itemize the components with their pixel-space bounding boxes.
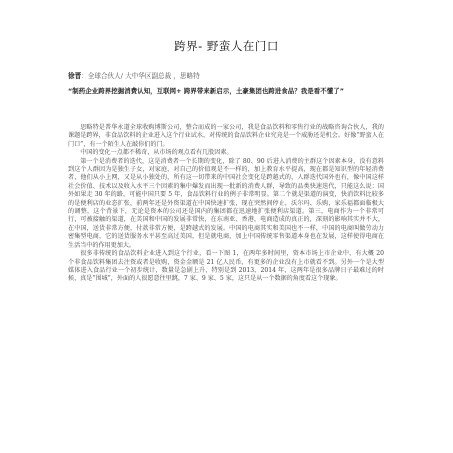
article-body: 思略特是普华永道全球收购博斯公司，整合而成的一家公司，我是食品饮料和零售行业的战… (68, 124, 384, 284)
byline-separator: ： (81, 72, 88, 80)
paragraph: 第一个是消费者的迭代，这是消费者一个长期的变化，除了 80、90 后进入消费的主… (68, 158, 384, 250)
author-byline: 徐晋：全球合伙人/ 大中华区副总裁 ，思略特 (68, 72, 200, 81)
document-title: 跨界- 野蛮人在门口 (0, 39, 453, 53)
document-page: 跨界- 野蛮人在门口 徐晋：全球合伙人/ 大中华区副总裁 ，思略特 “制药企业跨… (0, 0, 453, 453)
paragraph: 中国的变化一点都不稀奇，从市场的观点看有几股因素。 (68, 149, 384, 157)
author-title: 全球合伙人/ 大中华区副总裁 ，思略特 (88, 72, 200, 80)
lead-quote: “制药企业跨界挖掘消费认知，互联网+ 跨界带来新启示，土豪集团也跨进食品？我是看… (68, 83, 388, 99)
paragraph: 思略特是普华永道全球收购博斯公司，整合而成的一家公司，我是食品饮料和零售行业的战… (68, 124, 384, 149)
paragraph: 很多非传统的食品饮料企业进入到这个行业，看一下图 1，在两年多时间里，资本市场上… (68, 250, 384, 284)
author-name: 徐晋 (68, 72, 81, 80)
